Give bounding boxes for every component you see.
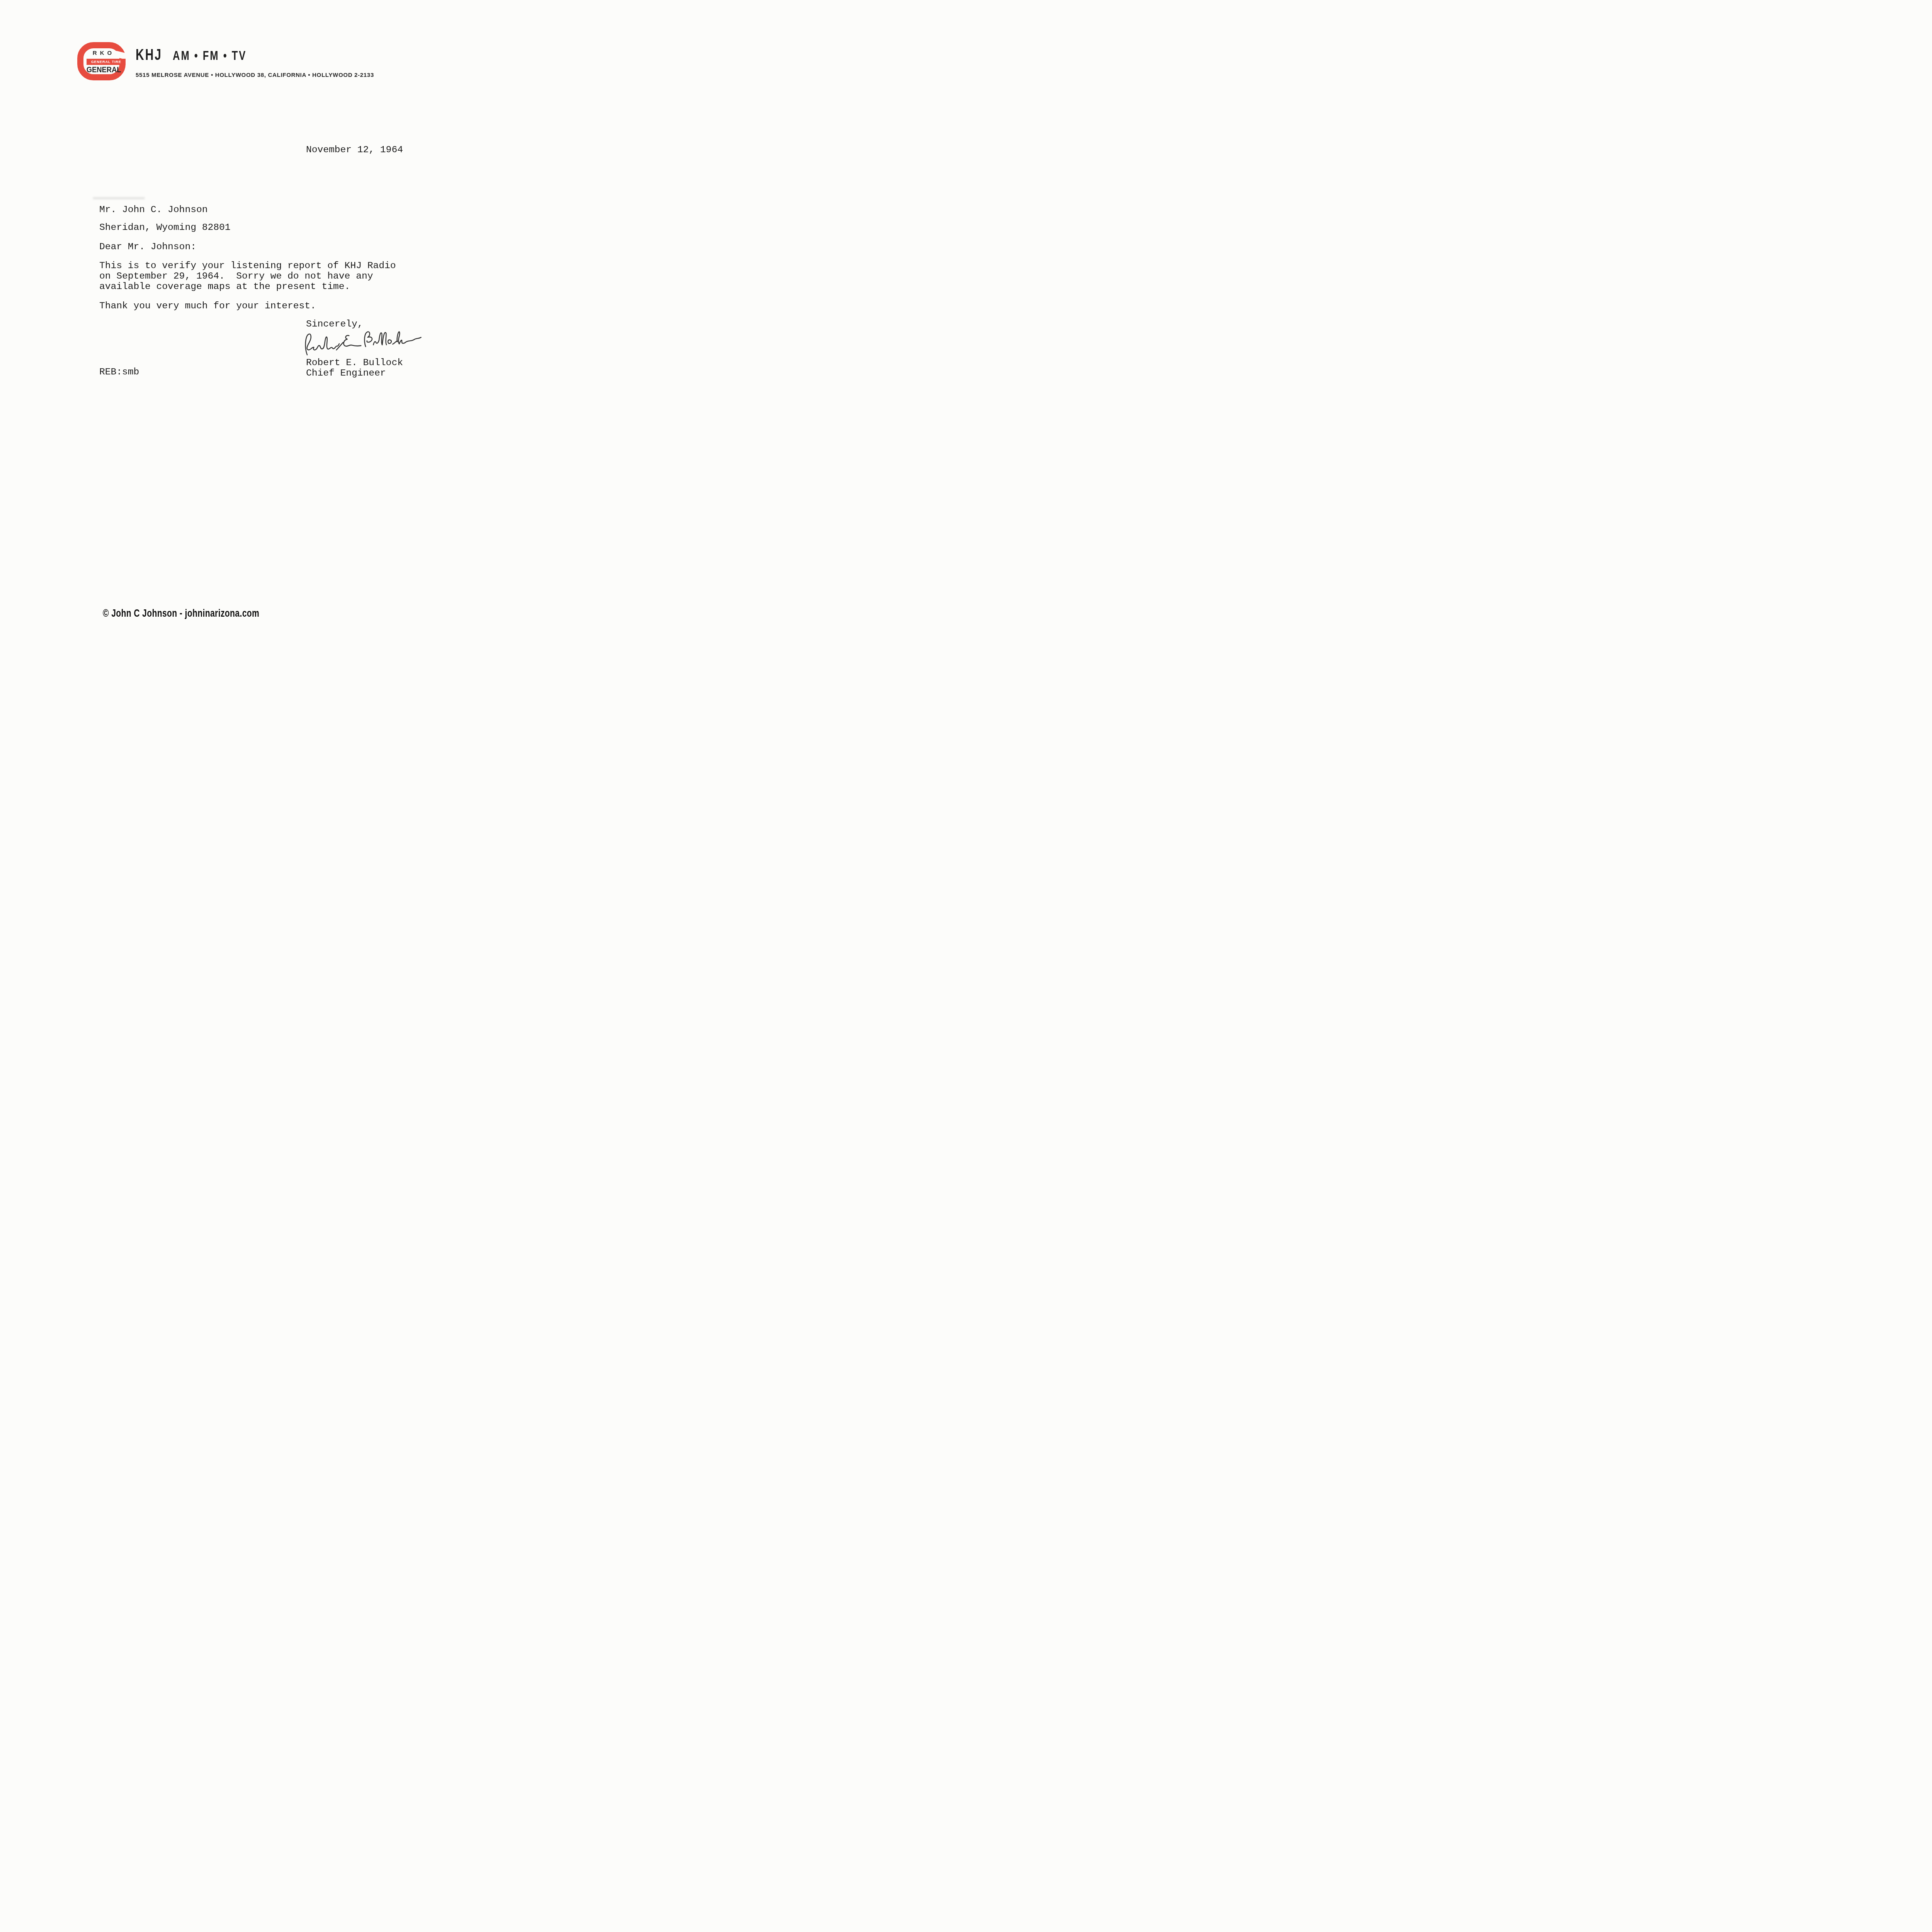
salutation: Dear Mr. Johnson: [99,242,196,252]
signed-name: Robert E. Bullock [306,358,403,368]
band-list: AM • FM • TV [173,48,247,63]
letter-date: November 12, 1964 [306,145,403,155]
body-line-3: available coverage maps at the present t… [99,282,350,292]
logo-rko-text: RKO [86,50,119,56]
letterhead-address: 5515 MELROSE AVENUE • HOLLYWOOD 38, CALI… [136,72,374,78]
body-line-2: on September 29, 1964. Sorry we do not h… [99,271,373,282]
recipient-city: Sheridan, Wyoming 82801 [99,223,230,233]
call-sign: KHJ [136,46,162,64]
scanned-letter-page: RKO GENERAL TIRE GENERAL KHJ AM • FM • T… [0,0,492,637]
signature-script [303,327,431,359]
logo-crossbar: GENERAL TIRE [87,59,126,65]
body-line-1: This is to verify your listening report … [99,261,396,271]
valediction: Sincerely, [306,319,363,330]
closing-line: Thank you very much for your interest. [99,301,316,311]
recipient-name: Mr. John C. Johnson [99,205,207,215]
signed-title: Chief Engineer [306,368,386,379]
station-heading: KHJ AM • FM • TV [136,46,247,64]
footer-credit: © John C Johnson - johninarizona.com [103,607,259,619]
logo-general-text: GENERAL [87,66,119,75]
reference-initials: REB:smb [99,367,139,378]
scan-smudge [93,197,145,199]
logo-general-tire-text: GENERAL TIRE [91,60,121,64]
rko-general-logo: RKO GENERAL TIRE GENERAL [77,42,126,80]
